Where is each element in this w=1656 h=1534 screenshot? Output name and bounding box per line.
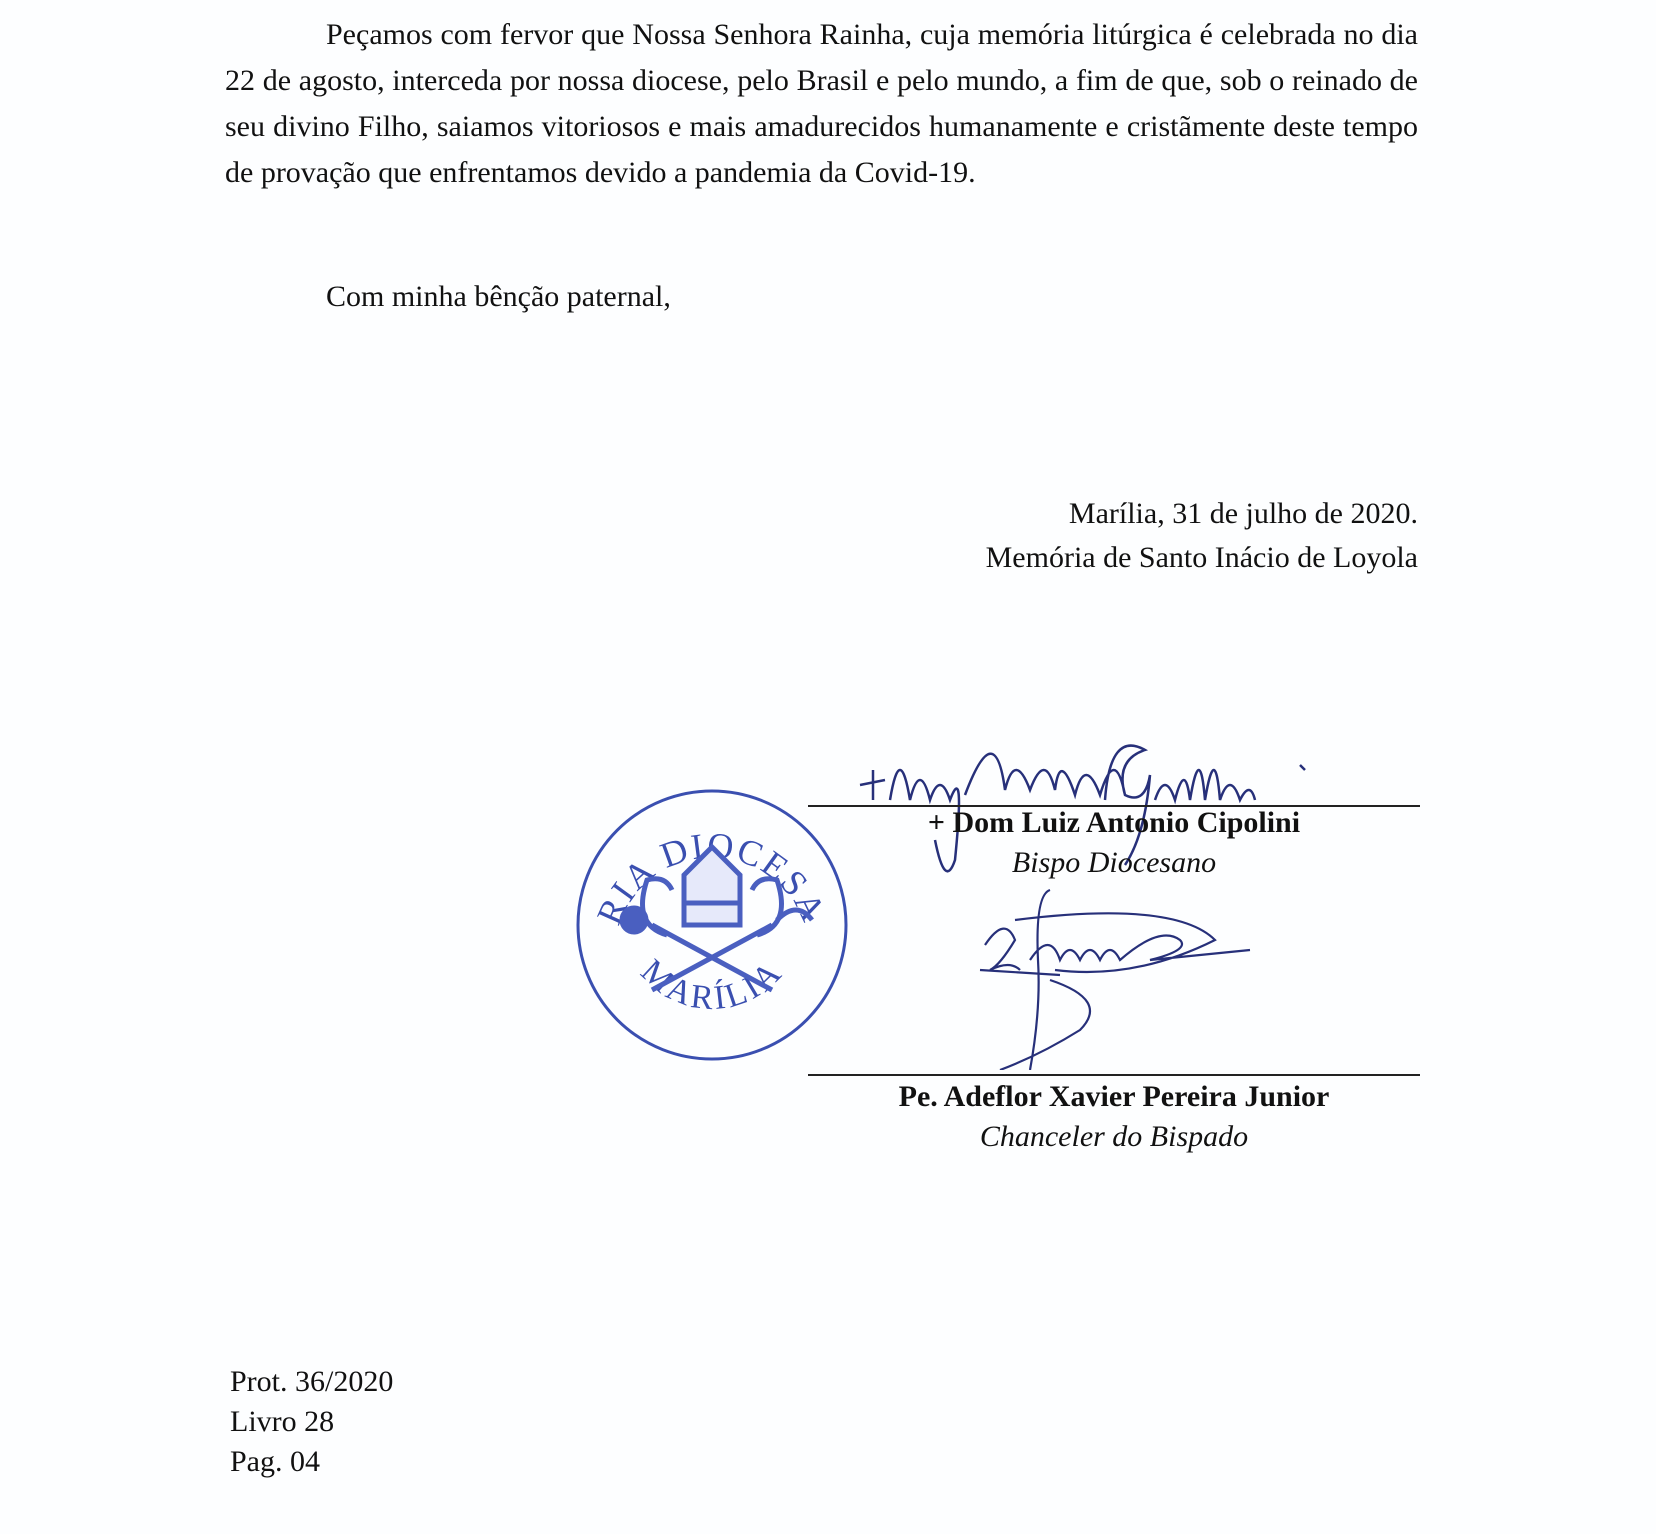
chancellor-handwritten-signature	[975, 885, 1315, 1070]
place-date: Marília, 31 de julho de 2020.	[986, 492, 1418, 536]
closing-salutation: Com minha bênção paternal,	[326, 277, 671, 317]
protocol-number: Prot. 36/2020	[230, 1362, 393, 1402]
page-number: Pag. 04	[230, 1442, 393, 1482]
signer-name: Pe. Adeflor Xavier Pereira Junior	[808, 1080, 1420, 1114]
signer-name: + Dom Luiz Antonio Cipolini	[808, 806, 1420, 840]
signature-line	[808, 1074, 1420, 1076]
signer-role: Bispo Diocesano	[808, 846, 1420, 880]
feast-memorial: Memória de Santo Inácio de Loyola	[986, 536, 1418, 580]
place-date-block: Marília, 31 de julho de 2020. Memória de…	[986, 492, 1418, 580]
body-paragraph: Peçamos com fervor que Nossa Senhora Rai…	[225, 12, 1418, 196]
registry-footer: Prot. 36/2020 Livro 28 Pag. 04	[230, 1362, 393, 1482]
signer-role: Chanceler do Bispado	[808, 1120, 1420, 1154]
book-number: Livro 28	[230, 1402, 393, 1442]
